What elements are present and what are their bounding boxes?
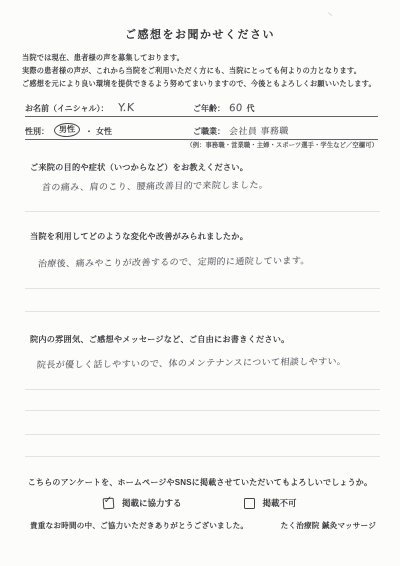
answer-line xyxy=(25,211,380,212)
checkbox-checked-icon: ✓ xyxy=(103,497,115,509)
footer: 貴重なお時間の中、ご協力いただきありがとうございました。 たく治療院 鍼灸マッサ… xyxy=(30,520,376,531)
age-label: ご年齢： xyxy=(193,103,225,114)
answer-line xyxy=(25,389,380,390)
gender-option-male: 男性 xyxy=(59,125,75,135)
questionnaire-sheet: ご感想をお聞かせください 当院では現在、患者様の声を募集しております。 実際の患… xyxy=(0,0,400,566)
consent-question: こちらのアンケートを、ホームページやSNSに掲載させていただいてもよろしいでしょ… xyxy=(0,477,400,488)
intro-text: 当院では現在、患者様の声を募集しております。 実際の患者様の声が、これから当院を… xyxy=(22,51,384,90)
answer-line xyxy=(25,288,380,289)
male-circle-annotation: 男性 xyxy=(54,122,81,137)
name-age-row: お名前（イニシャル）： Y.K ご年齢： 60 代 xyxy=(25,99,378,117)
age-suffix: 代 xyxy=(247,103,255,114)
consent-option-agree-label: 掲載に協力する xyxy=(122,497,182,509)
check-mark-icon: ✓ xyxy=(104,495,112,506)
question-1-label: ご来院の目的や症状（いつからなど）をお教えください。 xyxy=(30,162,386,173)
checkbox-unchecked-icon xyxy=(244,498,255,509)
name-label: お名前（イニシャル）： xyxy=(25,103,109,114)
thanks-text: 貴重なお時間の中、ご協力いただきありがとうございました。 xyxy=(30,520,248,531)
question-2-answer-handwritten: 治療後、痛みやこりが改善するので、定期的に通院しています。 xyxy=(38,253,311,269)
gender-occupation-row: 性別： 男性 ・ 女性 ご職業： 会社員 事務職 xyxy=(25,120,378,140)
answer-line xyxy=(25,456,380,457)
occupation-label: ご職業： xyxy=(193,126,225,137)
answer-line xyxy=(25,311,380,312)
question-2-label: 当院を利用してどのような変化や改善がみられましたか。 xyxy=(30,231,386,242)
scan-artifact xyxy=(325,12,333,20)
answer-line xyxy=(25,434,380,435)
intro-line-3: ご感想を元により良い環境を提供できるよう努めてまいりますので、今後ともよろしくお… xyxy=(22,77,384,90)
consent-options-row: ✓ 掲載に協力する 掲載不可 xyxy=(103,497,297,509)
answer-line xyxy=(25,410,380,411)
question-3-label: 院内の雰囲気、ご感想やメッセージなど、ご自由にお書きください。 xyxy=(30,334,386,345)
gender-label: 性別： xyxy=(25,126,49,137)
clinic-name: たく治療院 鍼灸マッサージ xyxy=(281,520,376,531)
question-3-answer-handwritten: 院長が優しく話しやすいので、体のメンテナンスについて相談しやすい。 xyxy=(37,354,347,371)
name-value-handwritten: Y.K xyxy=(117,101,134,114)
page-title: ご感想をお聞かせください xyxy=(0,26,400,42)
question-1-answer-handwritten: 首の痛み、肩のこり、腰痛改善目的で来院しました。 xyxy=(42,178,269,194)
occupation-hint: （例：事務職・営業職・主婦・スポーツ選手・学生など／空欄可） xyxy=(186,140,378,149)
intro-line-1: 当院では現在、患者様の声を募集しております。 xyxy=(22,51,384,64)
gender-option-female: 女性 xyxy=(96,126,112,137)
intro-line-2: 実際の患者様の声が、これから当院をご利用いただく方にも、当院にとっても何よりの力… xyxy=(22,64,384,77)
gender-separator: ・ xyxy=(85,126,93,137)
consent-option-decline-label: 掲載不可 xyxy=(263,497,297,509)
age-value-handwritten: 60 xyxy=(229,103,243,114)
occupation-value-handwritten: 会社員 事務職 xyxy=(229,124,289,138)
